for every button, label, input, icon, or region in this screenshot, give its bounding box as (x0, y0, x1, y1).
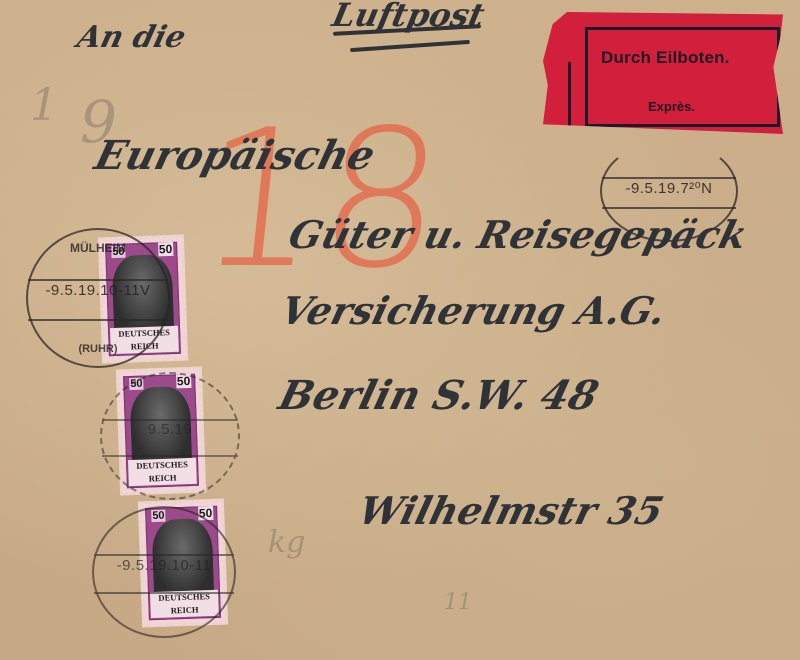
address-line-4: Berlin S.W. 48 (274, 372, 603, 419)
pencil-mark-1: 1 (30, 80, 58, 131)
pencil-mark-11: 11 (444, 590, 472, 615)
address-line-2: Güter u. Reisegepäck (284, 212, 752, 257)
pencil-mark-kg: kg (268, 525, 305, 560)
express-label-subtitle: Exprès. (648, 99, 695, 114)
postmark-date: -9.5.19.7²⁰N (602, 179, 736, 197)
express-label: Durch Eilboten. Exprès. (543, 12, 783, 134)
salutation: An die (74, 20, 190, 55)
departure-postmark-2: 9.5.19 (100, 372, 240, 500)
postmark-date: 9.5.19 (102, 421, 238, 438)
airmail-underline-2 (350, 40, 470, 52)
departure-postmark-3: -9.5.19.10-11 (92, 506, 236, 638)
postmark-town: MÜLHEIM (28, 241, 168, 255)
address-line-3: Versicherung A.G. (276, 288, 670, 333)
departure-postmark-1: MÜLHEIM -9.5.19.10-11V (RUHR) (26, 228, 170, 368)
express-label-title: Durch Eilboten. (601, 48, 781, 68)
envelope: 1 9 kg 11 Luftpost An die Durch Eilboten… (0, 0, 800, 660)
address-line-5: Wilhelmstr 35 (354, 488, 668, 533)
red-crayon-mark: 18 (189, 100, 452, 300)
postmark-date: -9.5.19.10-11 (94, 557, 234, 574)
express-label-bar (568, 62, 571, 132)
address-line-1: Europäische (90, 132, 380, 179)
postmark-date: -9.5.19.10-11V (28, 282, 168, 299)
postmark-region: (RUHR) (28, 343, 168, 355)
